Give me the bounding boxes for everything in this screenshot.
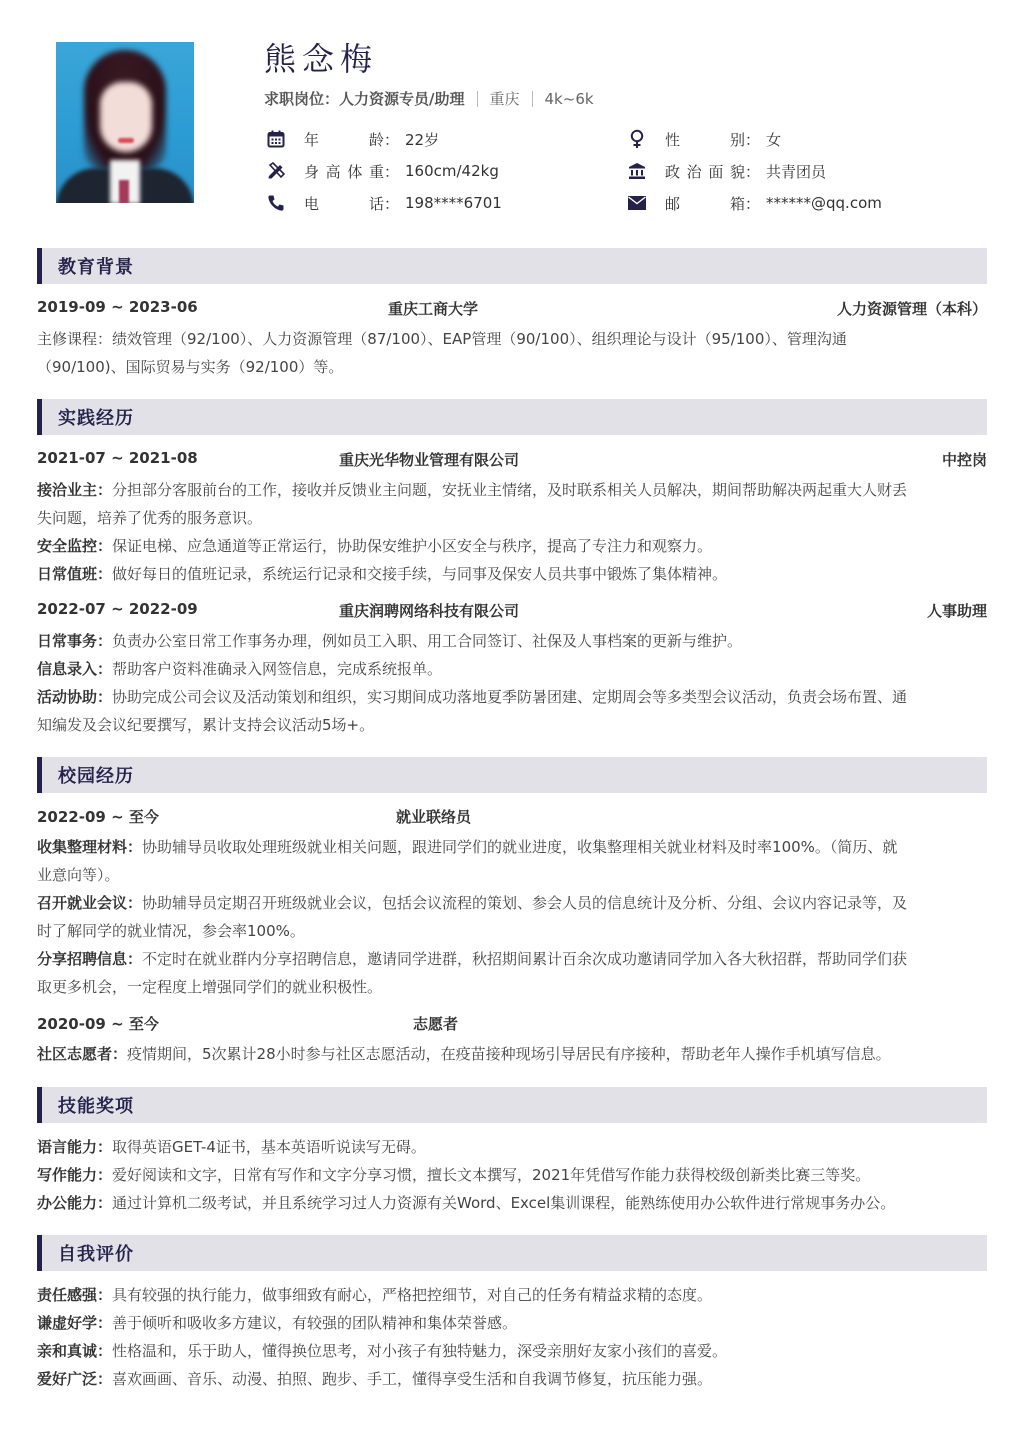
job-city: 重庆	[490, 88, 520, 109]
point-text: 知编发及会议纪要撰写，累计支持会议活动5场+。	[37, 716, 374, 734]
practice-date: 2021-07 ~ 2021-08	[37, 449, 198, 467]
practice-item-details: 日常事务：负责办公室日常工作事务办理，例如员工入职、用工合同签订、社保及人事档案…	[37, 627, 987, 739]
info-value: 198****6701	[405, 194, 502, 212]
campus-date: 2022-09 ~ 至今	[37, 806, 159, 827]
point-text: 失问题，培养了优秀的服务意识。	[37, 509, 262, 527]
education-row: 2019-09 ~ 2023-06 重庆工商大学 人力资源管理（本科）	[37, 298, 987, 320]
candidate-name: 熊念梅	[264, 34, 378, 80]
point-text: 分担部分客服前台的工作，接收并反馈业主问题，安抚业主情绪，及时联系相关人员解决，…	[112, 481, 907, 499]
info-height-weight: 身高体重： 160cm/42kg	[266, 161, 499, 181]
divider	[532, 91, 533, 107]
campus-item-header: 2020-09 ~ 至今 志愿者	[37, 1013, 987, 1035]
job-salary: 4k~6k	[545, 90, 594, 108]
skill-label: 办公能力：	[37, 1194, 112, 1212]
info-value: 22岁	[405, 129, 439, 150]
ruler-pencil-icon	[266, 161, 286, 181]
skill-text: 取得英语GET-4证书，基本英语听说读写无碍。	[112, 1138, 426, 1156]
point-text: 保证电梯、应急通道等正常运行，协助保安维护小区安全与秩序，提高了专注力和观察力。	[112, 537, 712, 555]
self-eval-text: 性格温和，乐于助人，懂得换位思考，对小孩子有独特魅力，深受亲朋好友家小孩们的喜爱…	[112, 1342, 727, 1360]
point-label: 召开就业会议：	[37, 894, 142, 912]
point-text: 不定时在就业群内分享招聘信息，邀请同学进群，秋招期间累计百余次成功邀请同学加入各…	[142, 950, 907, 968]
skill-text: 爱好阅读和文字，日常有写作和文字分享习惯，擅长文本撰写，2021年凭借写作能力获…	[112, 1166, 870, 1184]
section-self-evaluation: 自我评价	[37, 1235, 987, 1271]
point-label: 分享招聘信息：	[37, 950, 142, 968]
info-key: 性别	[665, 129, 745, 150]
phone-icon	[266, 193, 286, 213]
campus-item-details: 社区志愿者：疫情期间，5次累计28小时参与社区志愿活动，在疫苗接种现场引导居民有…	[37, 1040, 987, 1068]
point-text: 时了解同学的就业情况，参会率100%。	[37, 922, 305, 940]
self-eval-item: 亲和真诚：性格温和，乐于助人，懂得换位思考，对小孩子有独特魅力，深受亲朋好友家小…	[37, 1337, 987, 1365]
self-eval-label: 爱好广泛：	[37, 1370, 112, 1388]
info-age: 年龄： 22岁	[266, 129, 439, 149]
self-eval-list: 责任感强：具有较强的执行能力，做事细致有耐心，严格把控细节，对自己的任务有精益求…	[37, 1281, 987, 1393]
point-text: 疫情期间，5次累计28小时参与社区志愿活动，在疫苗接种现场引导居民有序接种，帮助…	[127, 1045, 891, 1063]
self-eval-label: 谦虚好学：	[37, 1314, 112, 1332]
skills-list: 语言能力：取得英语GET-4证书，基本英语听说读写无碍。 写作能力：爱好阅读和文…	[37, 1133, 987, 1217]
point-label: 日常事务：	[37, 632, 112, 650]
practice-item-details: 接洽业主：分担部分客服前台的工作，接收并反馈业主问题，安抚业主情绪，及时联系相关…	[37, 476, 987, 588]
practice-role: 中控岗	[942, 449, 987, 470]
job-intention: 求职岗位： 人力资源专员/助理 重庆 4k~6k	[264, 88, 594, 109]
campus-date: 2020-09 ~ 至今	[37, 1013, 159, 1034]
info-key: 电话	[304, 193, 384, 214]
self-eval-item: 爱好广泛：喜欢画画、音乐、动漫、拍照、跑步、手工，懂得享受生活和自我调节修复，抗…	[37, 1365, 987, 1393]
section-title: 自我评价	[58, 1240, 134, 1266]
point-text: 协助辅导员收取处理班级就业相关问题，跟进同学们的就业进度，收集整理相关就业材料及…	[142, 838, 897, 856]
education-school: 重庆工商大学	[388, 298, 478, 319]
point-text: 协助完成公司会议及活动策划和组织，实习期间成功落地夏季防暑团建、定期周会等多类型…	[112, 688, 907, 706]
self-eval-label: 责任感强：	[37, 1286, 112, 1304]
self-eval-item: 责任感强：具有较强的执行能力，做事细致有耐心，严格把控细节，对自己的任务有精益求…	[37, 1281, 987, 1309]
practice-org: 重庆光华物业管理有限公司	[339, 449, 519, 470]
point-label: 信息录入：	[37, 660, 112, 678]
bank-icon	[627, 161, 647, 181]
practice-role: 人事助理	[927, 600, 987, 621]
section-title: 实践经历	[58, 404, 134, 430]
section-title: 教育背景	[58, 253, 134, 279]
skill-item: 办公能力：通过计算机二级考试，并且系统学习过人力资源有关Word、Excel集训…	[37, 1189, 987, 1217]
self-eval-text: 善于倾听和吸收多方建议，有较强的团队精神和集体荣誉感。	[112, 1314, 517, 1332]
point-text: 协助辅导员定期召开班级就业会议，包括会议流程的策划、参会人员的信息统计及分析、分…	[142, 894, 907, 912]
point-text: 做好每日的值班记录，系统运行记录和交接手续，与同事及保安人员共事中锻炼了集体精神…	[112, 565, 727, 583]
self-eval-text: 具有较强的执行能力，做事细致有耐心，严格把控细节，对自己的任务有精益求精的态度。	[112, 1286, 712, 1304]
info-phone: 电话： 198****6701	[266, 193, 502, 213]
campus-role: 就业联络员	[396, 806, 471, 827]
campus-item-header: 2022-09 ~ 至今 就业联络员	[37, 806, 987, 828]
point-label: 活动协助：	[37, 688, 112, 706]
practice-item-header: 2021-07 ~ 2021-08 重庆光华物业管理有限公司 中控岗	[37, 449, 987, 471]
female-icon	[627, 129, 647, 149]
mail-icon	[627, 193, 647, 213]
point-label: 安全监控：	[37, 537, 112, 555]
practice-date: 2022-07 ~ 2022-09	[37, 600, 198, 618]
info-key: 年龄	[304, 129, 384, 150]
section-practice: 实践经历	[37, 399, 987, 435]
info-value: 共青团员	[766, 161, 826, 182]
point-label: 收集整理材料：	[37, 838, 142, 856]
education-date: 2019-09 ~ 2023-06	[37, 298, 198, 316]
job-label: 求职岗位：	[264, 88, 339, 109]
section-title: 技能奖项	[58, 1092, 134, 1118]
section-education: 教育背景	[37, 248, 987, 284]
section-title: 校园经历	[58, 762, 134, 788]
point-text: 业意向等）。	[37, 866, 120, 884]
point-text: 帮助客户资料准确录入网签信息，完成系统报单。	[112, 660, 442, 678]
courses-text: 绩效管理（92/100）、人力资源管理（87/100）、EAP管理（90/100…	[112, 330, 847, 348]
campus-item-details: 收集整理材料：协助辅导员收取处理班级就业相关问题，跟进同学们的就业进度，收集整理…	[37, 833, 987, 1001]
skill-item: 写作能力：爱好阅读和文字，日常有写作和文字分享习惯，擅长文本撰写，2021年凭借…	[37, 1161, 987, 1189]
info-email: 邮箱： ******@qq.com	[627, 193, 882, 213]
courses-text: （90/100)、国际贸易与实务（92/100）等。	[37, 358, 343, 376]
info-key: 身高体重	[304, 161, 384, 182]
info-key: 政治面貌	[665, 161, 745, 182]
info-value: 160cm/42kg	[405, 162, 499, 180]
courses-label: 主修课程：	[37, 330, 112, 348]
self-eval-item: 谦虚好学：善于倾听和吸收多方建议，有较强的团队精神和集体荣誉感。	[37, 1309, 987, 1337]
section-campus: 校园经历	[37, 757, 987, 793]
self-eval-label: 亲和真诚：	[37, 1342, 112, 1360]
practice-item-header: 2022-07 ~ 2022-09 重庆润聘网络科技有限公司 人事助理	[37, 600, 987, 622]
skill-label: 写作能力：	[37, 1166, 112, 1184]
info-political-status: 政治面貌： 共青团员	[627, 161, 826, 181]
skill-text: 通过计算机二级考试，并且系统学习过人力资源有关Word、Excel集训课程，能熟…	[112, 1194, 895, 1212]
profile-photo	[56, 42, 194, 203]
education-major: 人力资源管理（本科）	[837, 298, 987, 319]
info-value: 女	[766, 129, 781, 150]
skill-item: 语言能力：取得英语GET-4证书，基本英语听说读写无碍。	[37, 1133, 987, 1161]
point-text: 负责办公室日常工作事务办理，例如员工入职、用工合同签订、社保及人事档案的更新与维…	[112, 632, 742, 650]
campus-role: 志愿者	[413, 1013, 458, 1034]
point-label: 日常值班：	[37, 565, 112, 583]
point-label: 接洽业主：	[37, 481, 112, 499]
self-eval-text: 喜欢画画、音乐、动漫、拍照、跑步、手工，懂得享受生活和自我调节修复，抗压能力强。	[112, 1370, 712, 1388]
info-gender: 性别： 女	[627, 129, 781, 149]
divider	[477, 91, 478, 107]
info-key: 邮箱	[665, 193, 745, 214]
point-text: 取更多机会，一定程度上增强同学们的就业积极性。	[37, 978, 382, 996]
education-courses: 主修课程：绩效管理（92/100）、人力资源管理（87/100）、EAP管理（9…	[37, 325, 987, 381]
section-skills: 技能奖项	[37, 1087, 987, 1123]
point-label: 社区志愿者：	[37, 1045, 127, 1063]
calendar-icon	[266, 129, 286, 149]
job-title: 人力资源专员/助理	[339, 88, 464, 109]
info-value: ******@qq.com	[766, 194, 882, 212]
skill-label: 语言能力：	[37, 1138, 112, 1156]
practice-org: 重庆润聘网络科技有限公司	[339, 600, 519, 621]
